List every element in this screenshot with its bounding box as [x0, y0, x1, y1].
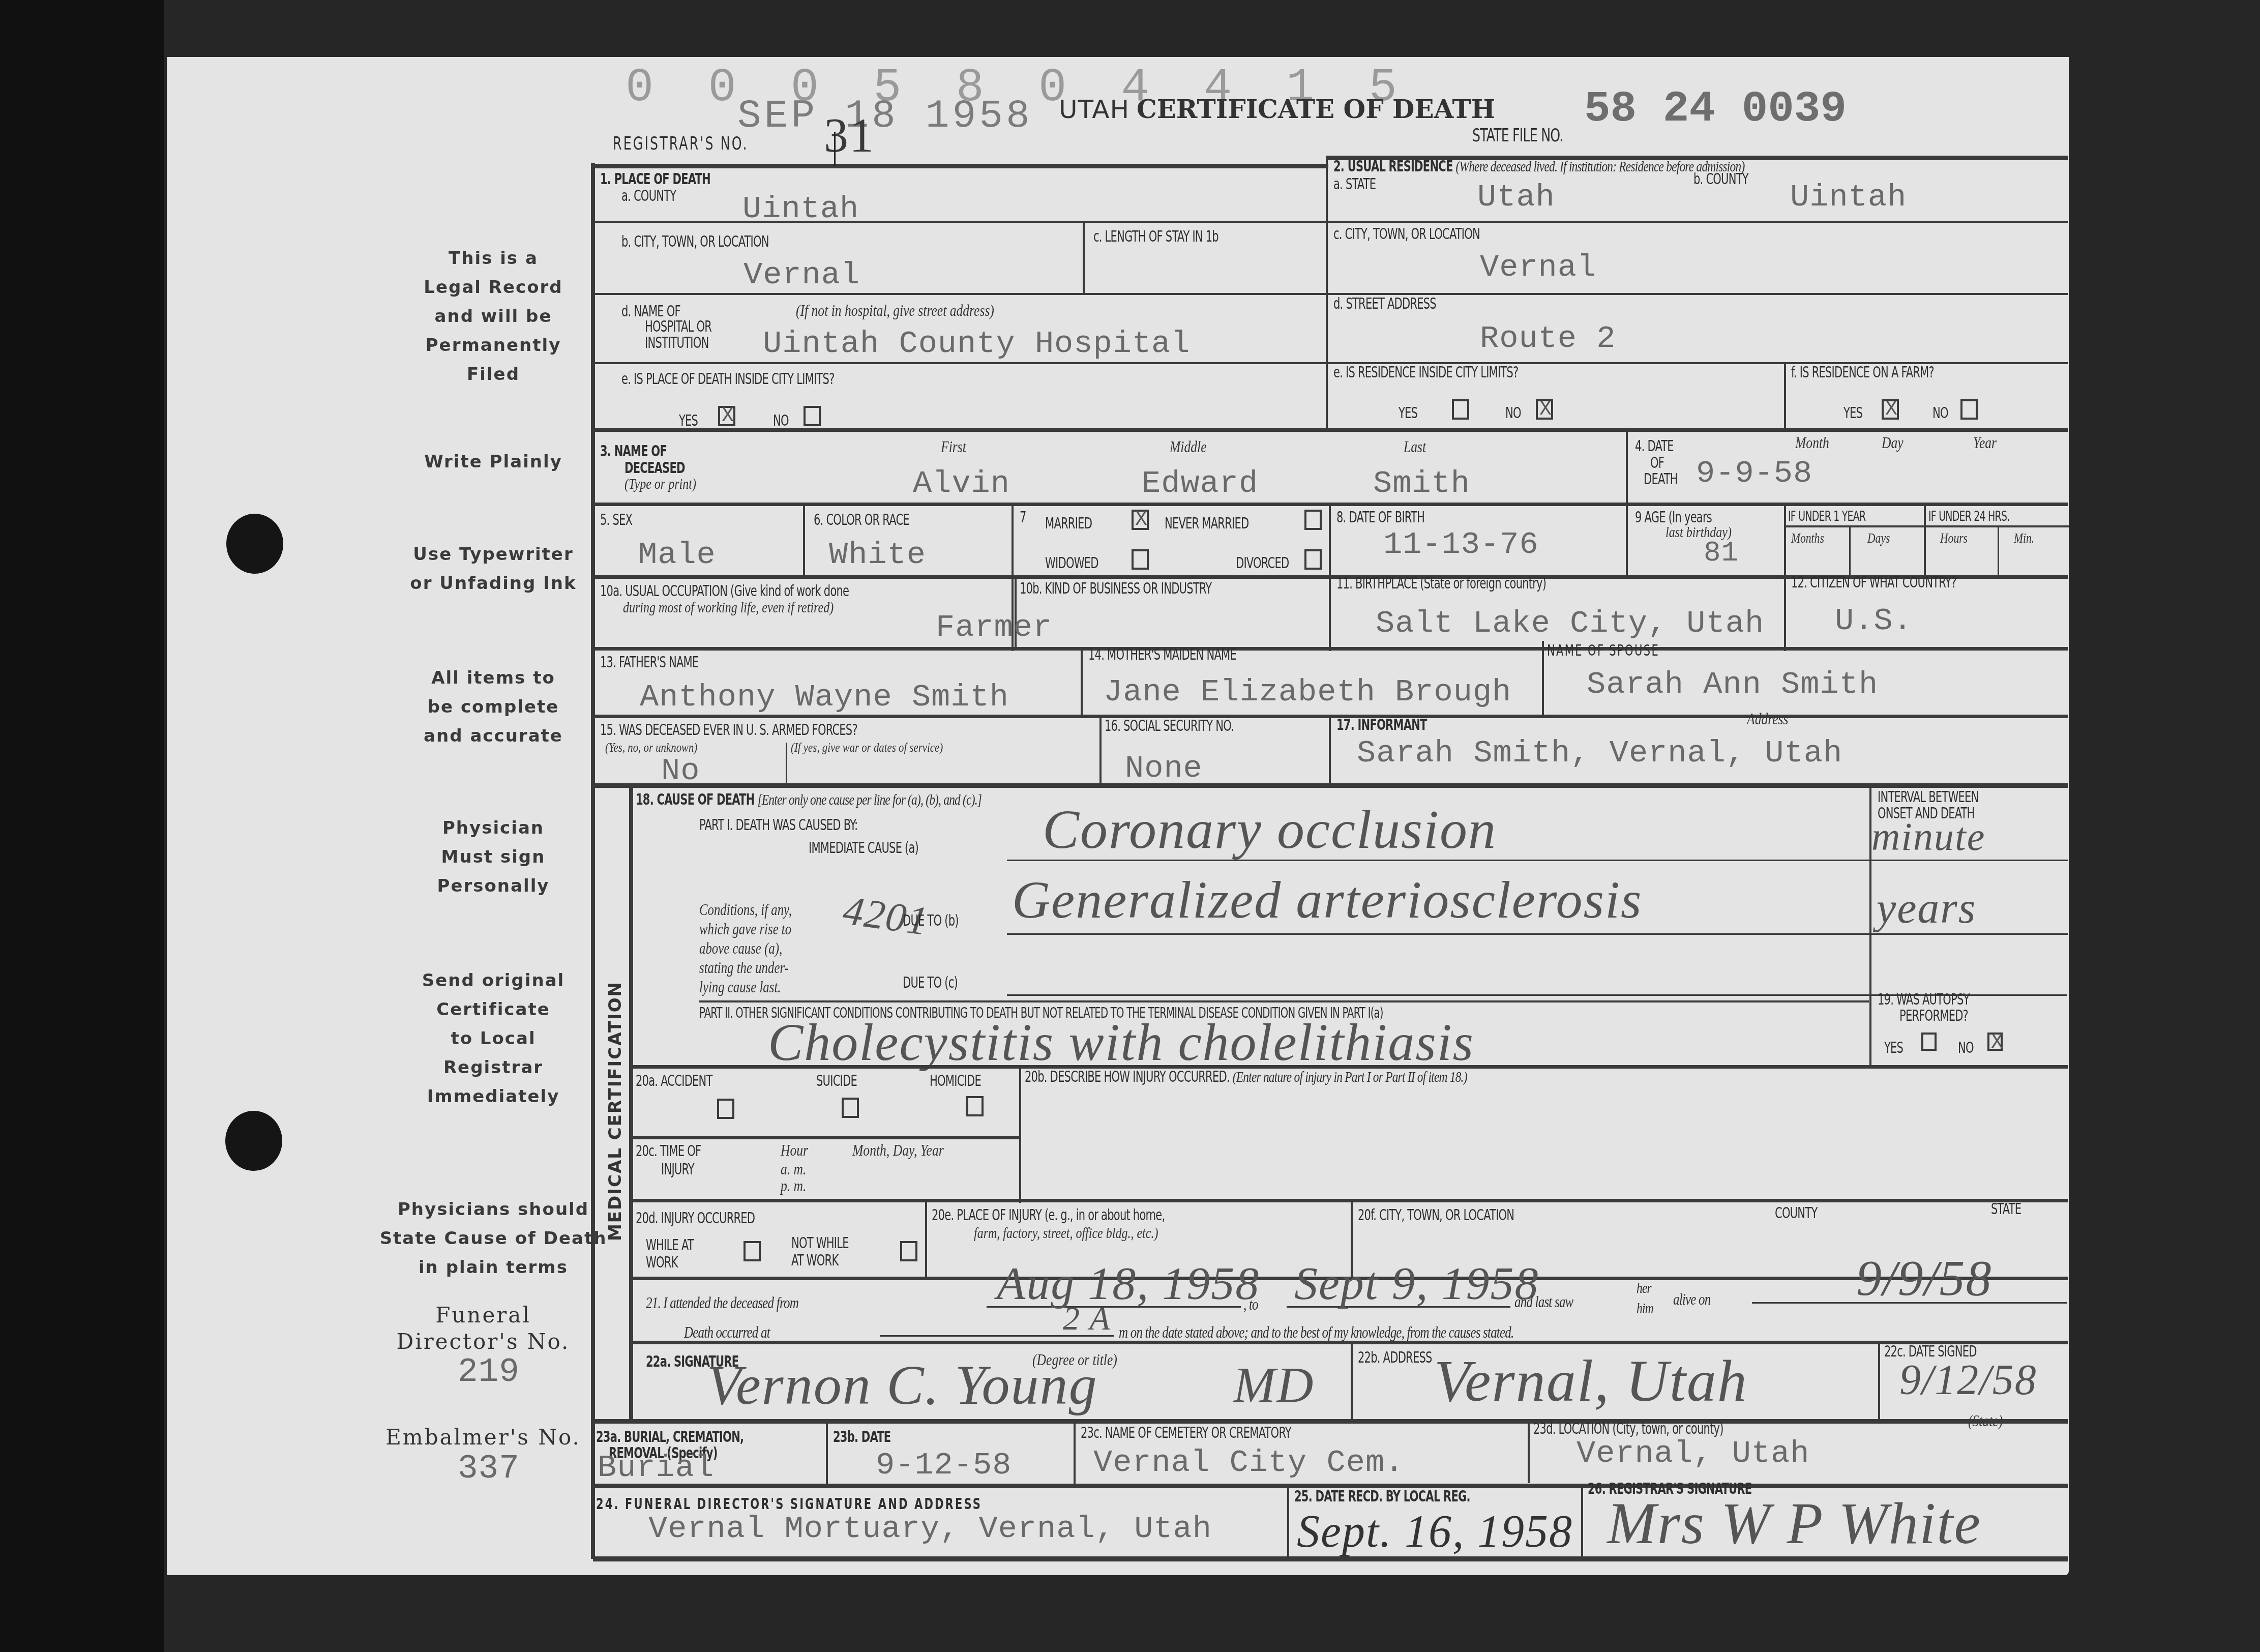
marital-num: 7	[1020, 509, 1026, 526]
days-label: Days	[1867, 530, 1890, 546]
while-at-work-label: WHILE AT WORK	[646, 1237, 694, 1272]
attended-label: 21. I attended the deceased from	[646, 1293, 798, 1312]
divider-armed-sub	[786, 743, 787, 786]
death-time: 2 A	[1063, 1300, 1111, 1338]
mother-name: Jane Elizabeth Brough	[1104, 674, 1511, 710]
divider-2f	[1784, 363, 1786, 431]
business-label: 10b. KIND OF BUSINESS OR INDUSTRY	[1020, 580, 1211, 598]
due-to-b-label: DUE TO (b)	[903, 912, 959, 930]
county-label: a. COUNTY	[621, 187, 676, 205]
divider-1c	[1083, 222, 1085, 294]
father-label: 13. FATHER'S NAME	[600, 654, 699, 671]
burial-label-1: 23a. BURIAL, CREMATION,	[596, 1428, 744, 1446]
widowed-checkbox[interactable]	[1132, 549, 1149, 570]
rule-part2	[699, 1000, 1869, 1002]
interval-line-b	[1871, 933, 2068, 935]
date-of-death: 9-9-58	[1696, 455, 1812, 491]
informant-address-label: Address	[1747, 710, 1789, 728]
date-recd: Sept. 16, 1958	[1297, 1506, 1573, 1558]
rule-21	[631, 1341, 2068, 1344]
disposition-method: Burial	[598, 1450, 714, 1486]
month-label: Month	[1795, 433, 1829, 452]
autopsy-yes-label: YES	[1884, 1039, 1903, 1057]
part1-label: PART I. DEATH WAS CAUSED BY:	[699, 816, 857, 834]
residence-city-label: c. CITY, TOWN, OR LOCATION	[1333, 225, 1480, 243]
mother-label: 14. MOTHER'S MAIDEN NAME	[1088, 646, 1236, 664]
cemetery-label: 23c. NAME OF CEMETERY OR CREMATORY	[1081, 1424, 1291, 1442]
burial-location: Vernal, Utah	[1577, 1435, 1809, 1471]
hours-label: Hours	[1940, 530, 1968, 546]
mdy-label: Month, Day, Year	[852, 1141, 944, 1160]
armed-forces-sub2: (If yes, give war or dates of service)	[791, 740, 943, 755]
to-label: , to	[1243, 1294, 1258, 1314]
name-label-3: (Type or print)	[625, 476, 696, 493]
never-married-checkbox[interactable]	[1304, 510, 1322, 530]
disposition-date: 9-12-58	[876, 1447, 1012, 1483]
rule-under-1yr	[1784, 525, 2069, 527]
name-label-1: 3. NAME OF	[600, 442, 667, 460]
divider-father	[1081, 648, 1083, 716]
residence-inside-yes-label: YES	[1399, 404, 1417, 422]
form-border-left	[591, 163, 595, 1559]
address-label: 22b. ADDRESS	[1358, 1349, 1432, 1367]
divider-months-days	[1849, 526, 1851, 577]
disposition-date-label: 23b. DATE	[833, 1428, 890, 1446]
embalmer-no-label: Embalmer's No.	[371, 1424, 595, 1451]
injury-how-label: 20b. DESCRIBE HOW INJURY OCCURRED. (Ente…	[1025, 1068, 1467, 1086]
divider-mother	[1542, 641, 1544, 716]
date-of-death-label-1: 4. DATE	[1635, 437, 1674, 455]
age: 81	[1704, 537, 1739, 569]
medical-inner-border	[629, 786, 633, 1420]
sidebar-note-legal-record: This is a Legal Record and will be Perma…	[381, 244, 605, 389]
occupation-label-1: 10a. USUAL OCCUPATION (Give kind of work…	[600, 582, 849, 600]
residence-city: Vernal	[1480, 249, 1596, 285]
residence-state-label: a. STATE	[1333, 175, 1376, 193]
name-label-2: DECEASED	[625, 459, 685, 477]
occupation: Farmer	[936, 609, 1052, 645]
place-injury-label-2: farm, factory, street, office bldg., etc…	[974, 1225, 1158, 1242]
due-to-b-line	[1007, 933, 1871, 935]
rule-row-e	[593, 428, 2068, 432]
state-file-no-label: STATE FILE NO.	[1472, 125, 1563, 146]
divider-24	[1287, 1488, 1289, 1559]
sidebar-note-write-plainly: Write Plainly	[381, 448, 605, 477]
certificate-title: UTAH CERTIFICATE OF DEATH	[1059, 94, 1495, 124]
interval-label-1: INTERVAL BETWEEN	[1878, 788, 1978, 806]
residence-county: Uintah	[1790, 179, 1907, 215]
injury-city-label: 20f. CITY, TOWN, OR LOCATION	[1358, 1206, 1514, 1224]
last-saw-date: 9/9/58	[1856, 1249, 1993, 1307]
injury-occurred-label: 20d. INJURY OCCURRED	[636, 1209, 755, 1227]
city-label: b. CITY, TOWN, OR LOCATION	[621, 233, 769, 251]
residence-inside-no-checkbox[interactable]	[1536, 399, 1553, 420]
him-label: him	[1637, 1300, 1653, 1317]
residence-street: Route 2	[1480, 320, 1616, 357]
punch-hole-bottom	[225, 1111, 282, 1171]
physician-degree: MD	[1233, 1355, 1315, 1414]
never-married-label: NEVER MARRIED	[1165, 515, 1248, 533]
race: White	[829, 537, 926, 573]
death-occurred-label: Death occurred at	[684, 1322, 770, 1342]
spouse-label: NAME OF SPOUSE	[1547, 642, 1659, 660]
time-injury-label-1: 20c. TIME OF	[636, 1142, 701, 1160]
divider-sex	[803, 504, 805, 578]
informant: Sarah Smith, Vernal, Utah	[1357, 735, 1842, 771]
farm-label: f. IS RESIDENCE ON A FARM?	[1791, 364, 1934, 381]
funeral-director-no-label: Funeral Director's No.	[371, 1302, 595, 1355]
farm-no-checkbox[interactable]	[1960, 399, 1978, 420]
pm-label: p. m.	[781, 1176, 806, 1195]
divider-under-24	[1924, 504, 1926, 578]
married-checkbox[interactable]	[1132, 510, 1149, 530]
registrar-signature: Mrs W P White	[1607, 1490, 1981, 1558]
ssn-label: 16. SOCIAL SECURITY NO.	[1105, 717, 1234, 735]
am-label: a. m.	[781, 1160, 806, 1178]
citizen: U.S.	[1835, 603, 1913, 639]
place-of-death-heading: 1. PLACE OF DEATH	[600, 170, 710, 188]
punch-hole-top	[226, 514, 283, 574]
sidebar-note-typewriter: Use Typewriter or Unfading Ink	[381, 540, 605, 598]
residence-county-label: b. COUNTY	[1693, 170, 1748, 188]
not-while-at-work-label: NOT WHILE AT WORK	[791, 1235, 849, 1270]
sex-label: 5. SEX	[600, 511, 632, 529]
due-to-c-label: DUE TO (c)	[903, 974, 958, 992]
divider-20a	[1019, 1067, 1021, 1203]
sidebar-note-cause-plain-terms: Physicians should State Cause of Death i…	[371, 1195, 615, 1282]
death-county: Uintah	[742, 191, 859, 227]
accident-checkbox[interactable]	[717, 1099, 734, 1119]
title-main: CERTIFICATE OF DEATH	[1137, 94, 1495, 124]
inside-city-no-label: NO	[773, 412, 789, 430]
last-name: Smith	[1373, 465, 1470, 501]
divider-22c	[1878, 1343, 1880, 1419]
injury-county-label: COUNTY	[1775, 1204, 1817, 1222]
interval-b: years	[1877, 882, 1976, 933]
birthplace-label: 11. BIRTHPLACE (State or foreign country…	[1336, 575, 1546, 593]
father-name: Anthony Wayne Smith	[640, 679, 1009, 715]
rule-22	[593, 1419, 2068, 1424]
divider-23a	[826, 1422, 828, 1486]
first-name: Alvin	[913, 465, 1010, 501]
day-label: Day	[1882, 433, 1904, 452]
physician-signature: Vernon C. Young	[707, 1353, 1098, 1418]
inside-city-yes-checkbox[interactable]	[718, 406, 735, 426]
due-to-b: Generalized arteriosclerosis	[1012, 870, 1642, 930]
armed-forces-label: 15. WAS DECEASED EVER IN U. S. ARMED FOR…	[600, 721, 857, 739]
injury-state-label: STATE	[1991, 1200, 2021, 1218]
rule-20c	[631, 1199, 2068, 1202]
accident-label: 20a. ACCIDENT	[636, 1072, 712, 1090]
cause-heading: 18. CAUSE OF DEATH [Enter only one cause…	[636, 791, 982, 809]
citizen-label: 12. CITIZEN OF WHAT COUNTRY?	[1791, 574, 1956, 592]
autopsy-yes-checkbox[interactable]	[1921, 1032, 1937, 1051]
scanner-edge	[0, 0, 164, 1652]
hour-label: Hour	[781, 1141, 808, 1160]
dob-label: 8. DATE OF BIRTH	[1336, 509, 1424, 526]
form-border-top-left	[591, 164, 1328, 168]
death-city: Vernal	[744, 257, 860, 293]
registrars-no-label: REGISTRAR'S NO.	[613, 133, 749, 154]
inside-city-no-checkbox[interactable]	[804, 406, 821, 426]
armed-forces: No	[661, 753, 700, 789]
attended-to: Sept 9, 1958	[1294, 1256, 1539, 1310]
dob: 11-13-76	[1383, 526, 1539, 563]
her-label: her	[1637, 1279, 1651, 1297]
divider-hours-min	[1998, 526, 1999, 577]
conditions-note: Conditions, if any, which gave rise to a…	[699, 900, 792, 997]
not-while-at-work-checkbox[interactable]	[900, 1241, 917, 1261]
married-label: MARRIED	[1045, 515, 1092, 533]
state-file-no: 58 24 0039	[1584, 84, 1847, 134]
homicide-label: HOMICIDE	[930, 1072, 981, 1090]
hospital-label-3: INSTITUTION	[645, 334, 708, 352]
date-signed: 9/12/58	[1899, 1355, 2037, 1405]
hospital-label-2: HOSPITAL OR	[645, 318, 711, 336]
funeral-director-no: 219	[458, 1353, 520, 1391]
date-of-death-label-2: OF	[1650, 454, 1664, 472]
divider-22a	[1351, 1343, 1353, 1419]
informant-label: 17. INFORMANT	[1336, 716, 1427, 734]
medical-certification-label: MEDICAL CERTIFICATION	[605, 981, 626, 1241]
hospital-hint: (If not in hospital, give street address…	[796, 301, 994, 320]
autopsy-no-label: NO	[1958, 1039, 1974, 1057]
title-prefix: UTAH	[1059, 95, 1129, 124]
rule-20a	[631, 1136, 1019, 1139]
occupation-label-2: during most of working life, even if ret…	[623, 599, 834, 616]
divider-20d	[925, 1200, 927, 1279]
residence-state: Utah	[1477, 179, 1555, 215]
residence-heading: 2. USUAL RESIDENCE (Where deceased lived…	[1333, 158, 1744, 175]
rule-row-15	[593, 783, 2068, 788]
middle-name-label: Middle	[1170, 437, 1207, 456]
rule-row-b	[593, 293, 2068, 295]
attended-from: Aug 18, 1958	[997, 1256, 1260, 1310]
last-name-label: Last	[1404, 437, 1426, 456]
inside-city-label: e. IS PLACE OF DEATH INSIDE CITY LIMITS?	[621, 370, 835, 388]
part2-conditions: Cholecystitis with cholelithiasis	[768, 1012, 1474, 1073]
spouse-name: Sarah Ann Smith	[1587, 666, 1878, 702]
sidebar-note-send-original: Send original Certificate to Local Regis…	[381, 966, 605, 1111]
suicide-checkbox[interactable]	[842, 1098, 859, 1118]
sex: Male	[638, 537, 716, 573]
min-label: Min.	[2014, 530, 2034, 546]
place-injury-label-1: 20e. PLACE OF INJURY (e. g., in or about…	[932, 1206, 1165, 1224]
middle-name: Edward	[1142, 465, 1258, 501]
farm-yes-label: YES	[1843, 404, 1862, 422]
interval-a: minute	[1871, 814, 1985, 860]
alive-on-label: alive on	[1673, 1289, 1710, 1309]
autopsy-label-2: PERFORMED?	[1899, 1007, 1968, 1025]
rule-row-10	[593, 647, 2068, 651]
death-hospital: Uintah County Hospital	[763, 326, 1191, 362]
form-border-bottom	[593, 1556, 2068, 1561]
under-24-hrs-label: IF UNDER 24 HRS.	[1928, 509, 2009, 524]
farm-no-label: NO	[1932, 404, 1948, 422]
divorced-checkbox[interactable]	[1304, 549, 1322, 570]
divider-23c	[1528, 1422, 1530, 1483]
received-date-stamp: SEP 18 1958	[737, 94, 1033, 139]
sidebar-note-physician-sign: Physician Must sign Personally	[381, 814, 605, 901]
year-label: Year	[1973, 433, 1997, 452]
residence-street-label: d. STREET ADDRESS	[1333, 295, 1436, 313]
interval-line-a	[1871, 860, 2068, 861]
divorced-label: DIVORCED	[1236, 554, 1289, 572]
residence-inside-no-label: NO	[1505, 404, 1521, 422]
registrar-tick	[834, 132, 836, 166]
divider-25	[1581, 1485, 1583, 1559]
time-injury-label-2: INJURY	[661, 1161, 694, 1178]
birthplace: Salt Lake City, Utah	[1376, 605, 1764, 641]
autopsy-no-checkbox[interactable]	[1987, 1032, 2003, 1051]
race-label: 6. COLOR OR RACE	[814, 511, 909, 529]
first-name-label: First	[941, 437, 966, 456]
last-saw-label: and last saw	[1514, 1292, 1573, 1311]
under-1-year-label: IF UNDER 1 YEAR	[1788, 509, 1865, 524]
widowed-label: WIDOWED	[1045, 554, 1098, 572]
residence-inside-yes-checkbox[interactable]	[1452, 399, 1469, 420]
funeral-director: Vernal Mortuary, Vernal, Utah	[648, 1511, 1212, 1547]
farm-yes-checkbox[interactable]	[1882, 399, 1899, 420]
ssn: None	[1125, 750, 1203, 786]
cemetery: Vernal City Cem.	[1093, 1444, 1404, 1481]
immediate-cause-label: IMMEDIATE CAUSE (a)	[809, 839, 918, 857]
date-recd-label: 25. DATE RECD. BY LOCAL REG.	[1294, 1488, 1470, 1506]
autopsy-label-1: 19. WAS AUTOPSY	[1878, 991, 1970, 1009]
date-of-death-label-3: DEATH	[1644, 470, 1678, 488]
divider-ssn	[1329, 716, 1331, 786]
divider-23b	[1074, 1422, 1076, 1486]
immediate-cause: Coronary occlusion	[1043, 799, 1497, 862]
while-at-work-checkbox[interactable]	[744, 1241, 761, 1261]
death-occurred-tail: m on the date stated above; and to the b…	[1119, 1322, 1513, 1342]
embalmer-no: 337	[458, 1450, 520, 1488]
sidebar-note-complete: All items to be complete and accurate	[381, 664, 605, 751]
months-label: Months	[1791, 530, 1824, 546]
homicide-checkbox[interactable]	[966, 1096, 984, 1116]
registrars-no: 31	[824, 107, 875, 163]
length-of-stay-label: c. LENGTH OF STAY IN 1b	[1093, 228, 1218, 246]
divider-armed	[1099, 716, 1102, 786]
inside-city-yes-label: YES	[679, 412, 698, 430]
residence-inside-city-label: e. IS RESIDENCE INSIDE CITY LIMITS?	[1333, 364, 1518, 381]
suicide-label: SUICIDE	[816, 1072, 857, 1090]
physician-address: Vernal, Utah	[1434, 1348, 1748, 1415]
